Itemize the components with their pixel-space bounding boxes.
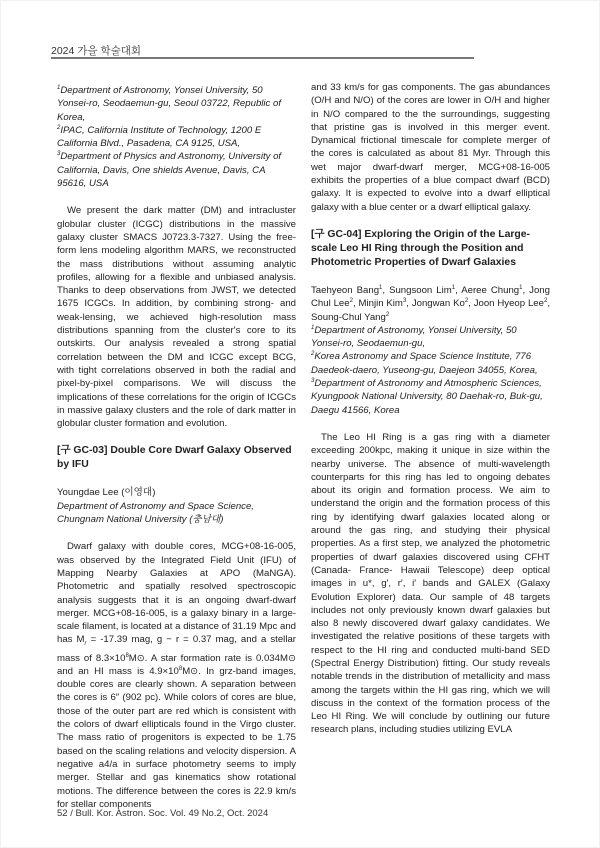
affiliation-text: IPAC, California Institute of Technology… xyxy=(57,125,261,149)
gc03-abstract-continued: and 33 km/s for gas components. The gas … xyxy=(311,81,550,214)
author-name: Soung-Chul Yang xyxy=(311,312,386,323)
author-name: Joon Hyeop Lee xyxy=(474,298,544,309)
prev-affiliations: 1Department of Astronomy, Yonsei Univers… xyxy=(57,84,296,190)
affiliation-text: Korea Astronomy and Space Science Instit… xyxy=(311,351,538,375)
gc04-authors: Taehyeon Bang1, Sungsoon Lim1, Aeree Chu… xyxy=(311,284,550,324)
author-sup: 1 xyxy=(519,285,522,291)
author-sup: 2 xyxy=(350,298,353,304)
gc03-affiliation: Department of Astronomy and Space Scienc… xyxy=(57,500,296,527)
author-name: Aeree Chung xyxy=(461,285,519,296)
author-sup: 2 xyxy=(465,298,468,304)
author-sup: 1 xyxy=(452,285,455,291)
author-sup: 3 xyxy=(403,298,406,304)
prev-abstract: We present the dark matter (DM) and intr… xyxy=(57,204,296,430)
page-footer: 52 / Bull. Kor. Astron. Soc. Vol. 49 No.… xyxy=(57,808,268,819)
affiliation-2: 2Korea Astronomy and Space Science Insti… xyxy=(311,350,550,377)
affiliation-3: 3Department of Physics and Astronomy, Un… xyxy=(57,150,296,190)
author-sup: 1 xyxy=(379,285,382,291)
affiliation-text: Department of Astronomy, Yonsei Universi… xyxy=(57,85,281,123)
right-column: and 33 km/s for gas components. The gas … xyxy=(311,81,550,737)
abstract-text: M⊙. In grz-band images, double cores are… xyxy=(57,666,296,810)
author-name: Sungsoon Lim xyxy=(389,285,452,296)
gc03-title: [구 GC-03] Double Core Dwarf Galaxy Obser… xyxy=(57,444,296,472)
left-column: 1Department of Astronomy, Yonsei Univers… xyxy=(57,84,296,811)
author-sup: 2 xyxy=(544,298,547,304)
gc04-title: [구 GC-04] Exploring the Origin of the La… xyxy=(311,228,550,270)
gc03-abstract: Dwarf galaxy with double cores, MCG+08-1… xyxy=(57,540,296,811)
affiliation-text: Department of Physics and Astronomy, Uni… xyxy=(57,151,281,189)
affiliation-text: Department of Astronomy, Yonsei Universi… xyxy=(311,325,517,349)
affiliation-1: 1Department of Astronomy, Yonsei Univers… xyxy=(311,324,550,351)
running-header: 2024 가을 학술대회 xyxy=(51,43,474,58)
journal-page: 2024 가을 학술대회 1Department of Astronomy, Y… xyxy=(1,1,599,847)
abstract-text: Dwarf galaxy with double cores, MCG+08-1… xyxy=(57,541,296,645)
affiliation-2: 2IPAC, California Institute of Technolog… xyxy=(57,124,296,151)
gc04-abstract: The Leo HI Ring is a gas ring with a dia… xyxy=(311,431,550,737)
author-name: Taehyeon Bang xyxy=(311,285,379,296)
affiliation-3: 3Department of Astronomy and Atmospheric… xyxy=(311,377,550,417)
gc04-affiliations: 1Department of Astronomy, Yonsei Univers… xyxy=(311,324,550,417)
affiliation-1: 1Department of Astronomy, Yonsei Univers… xyxy=(57,84,296,124)
header-rule xyxy=(51,57,474,59)
author-sup: 2 xyxy=(386,311,389,317)
author-name: Jongwan Ko xyxy=(412,298,465,309)
affiliation-text: Department of Astronomy and Atmospheric … xyxy=(311,378,543,416)
author-name: Minjin Kim xyxy=(358,298,402,309)
gc03-author: Youngdae Lee (이영대) xyxy=(57,486,296,499)
